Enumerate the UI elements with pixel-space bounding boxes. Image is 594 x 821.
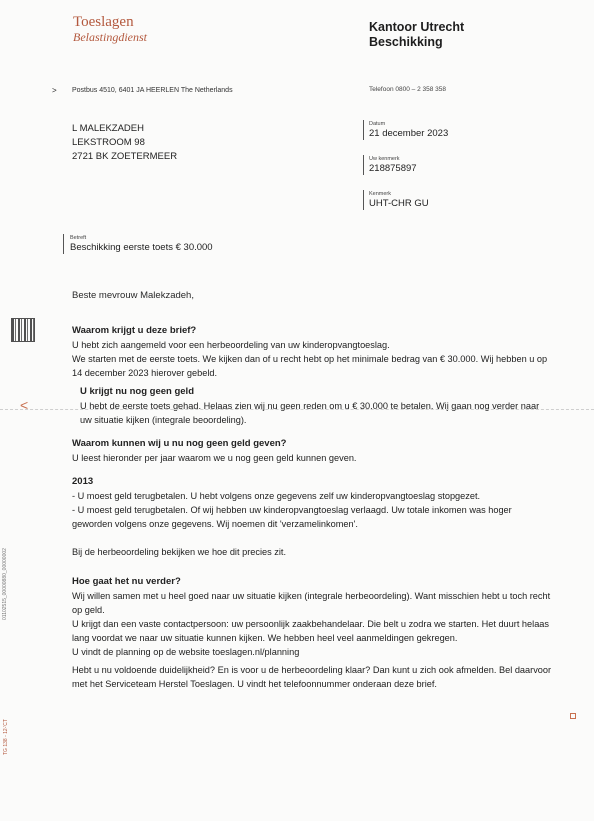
section-year-2013: 2013 - U moest geld terugbetalen. U hebt… [72, 475, 552, 559]
paragraph: Wij willen samen met u heel goed naar uw… [72, 589, 552, 617]
datamatrix-code-icon [11, 318, 35, 342]
phone-number: Telefoon 0800 – 2 358 358 [369, 86, 446, 93]
section-closing: Hebt u nu voldoende duidelijkheid? En is… [72, 663, 552, 691]
section-no-money: U krijgt nu nog geen geld U hebt de eers… [80, 385, 550, 427]
logo-belastingdienst: Belastingdienst [73, 30, 147, 45]
meta-value: UHT-CHR GU [369, 198, 429, 210]
paragraph: U krijgt dan een vaste contactpersoon: u… [72, 617, 552, 645]
subject-label: Betreft [70, 234, 213, 242]
paragraph: Bij de herbeoordeling bekijken we hoe di… [72, 545, 552, 559]
meta-label: Kenmerk [369, 190, 429, 198]
section-heading: U krijgt nu nog geen geld [80, 385, 550, 399]
office-name: Kantoor Utrecht [369, 20, 464, 35]
side-form-code: TG 138 - 12-'CT [3, 719, 9, 755]
meta-label: Uw kenmerk [369, 155, 417, 163]
year-heading: 2013 [72, 475, 552, 489]
side-barcode-text: 01102515_00000880_00000002 [2, 548, 8, 620]
document-type: Beschikking [369, 35, 464, 50]
paragraph: Hebt u nu voldoende duidelijkheid? En is… [72, 663, 552, 691]
paragraph: U hebt de eerste toets gehad. Helaas zie… [80, 399, 550, 427]
section-why-not: Waarom kunnen wij u nu nog geen geld gev… [72, 437, 552, 465]
return-arrow-icon: > [52, 86, 57, 95]
addressee-city: 2721 BK ZOETERMEER [72, 150, 177, 164]
section-heading: Hoe gaat het nu verder? [72, 575, 552, 589]
list-item: - U moest geld terugbetalen. U hebt volg… [72, 489, 552, 503]
list-item: - U moest geld terugbetalen. Of wij hebb… [72, 503, 552, 531]
meta-reference: Kenmerk UHT-CHR GU [363, 190, 429, 210]
meta-label: Datum [369, 120, 448, 128]
paragraph: We starten met de eerste toets. We kijke… [72, 352, 552, 380]
section-heading: Waarom kunnen wij u nu nog geen geld gev… [72, 437, 552, 451]
office-header: Kantoor Utrecht Beschikking [369, 20, 464, 50]
meta-value: 218875897 [369, 163, 417, 175]
addressee-street: LEKSTROOM 98 [72, 136, 177, 150]
fold-mark-icon: < [20, 397, 28, 413]
subject-block: Betreft Beschikking eerste toets € 30.00… [63, 234, 213, 254]
paragraph: U hebt zich aangemeld voor een herbeoord… [72, 338, 552, 352]
corner-mark-icon [570, 713, 576, 719]
return-address: Postbus 4510, 6401 JA HEERLEN The Nether… [72, 87, 233, 94]
paragraph: U leest hieronder per jaar waarom we u n… [72, 451, 552, 465]
addressee-name: L MALEKZADEH [72, 122, 177, 136]
section-heading: Waarom krijgt u deze brief? [72, 324, 552, 338]
greeting: Beste mevrouw Malekzadeh, [72, 290, 194, 301]
section-why-letter: Waarom krijgt u deze brief? U hebt zich … [72, 324, 552, 380]
meta-value: 21 december 2023 [369, 128, 448, 140]
logo-toeslagen: Toeslagen [73, 14, 134, 31]
meta-date: Datum 21 december 2023 [363, 120, 448, 140]
paragraph: U vindt de planning op de website toesla… [72, 645, 552, 659]
meta-your-reference: Uw kenmerk 218875897 [363, 155, 417, 175]
section-next: Hoe gaat het nu verder? Wij willen samen… [72, 575, 552, 659]
fold-line [0, 409, 594, 410]
addressee-block: L MALEKZADEH LEKSTROOM 98 2721 BK ZOETER… [72, 122, 177, 164]
subject-value: Beschikking eerste toets € 30.000 [70, 242, 213, 254]
